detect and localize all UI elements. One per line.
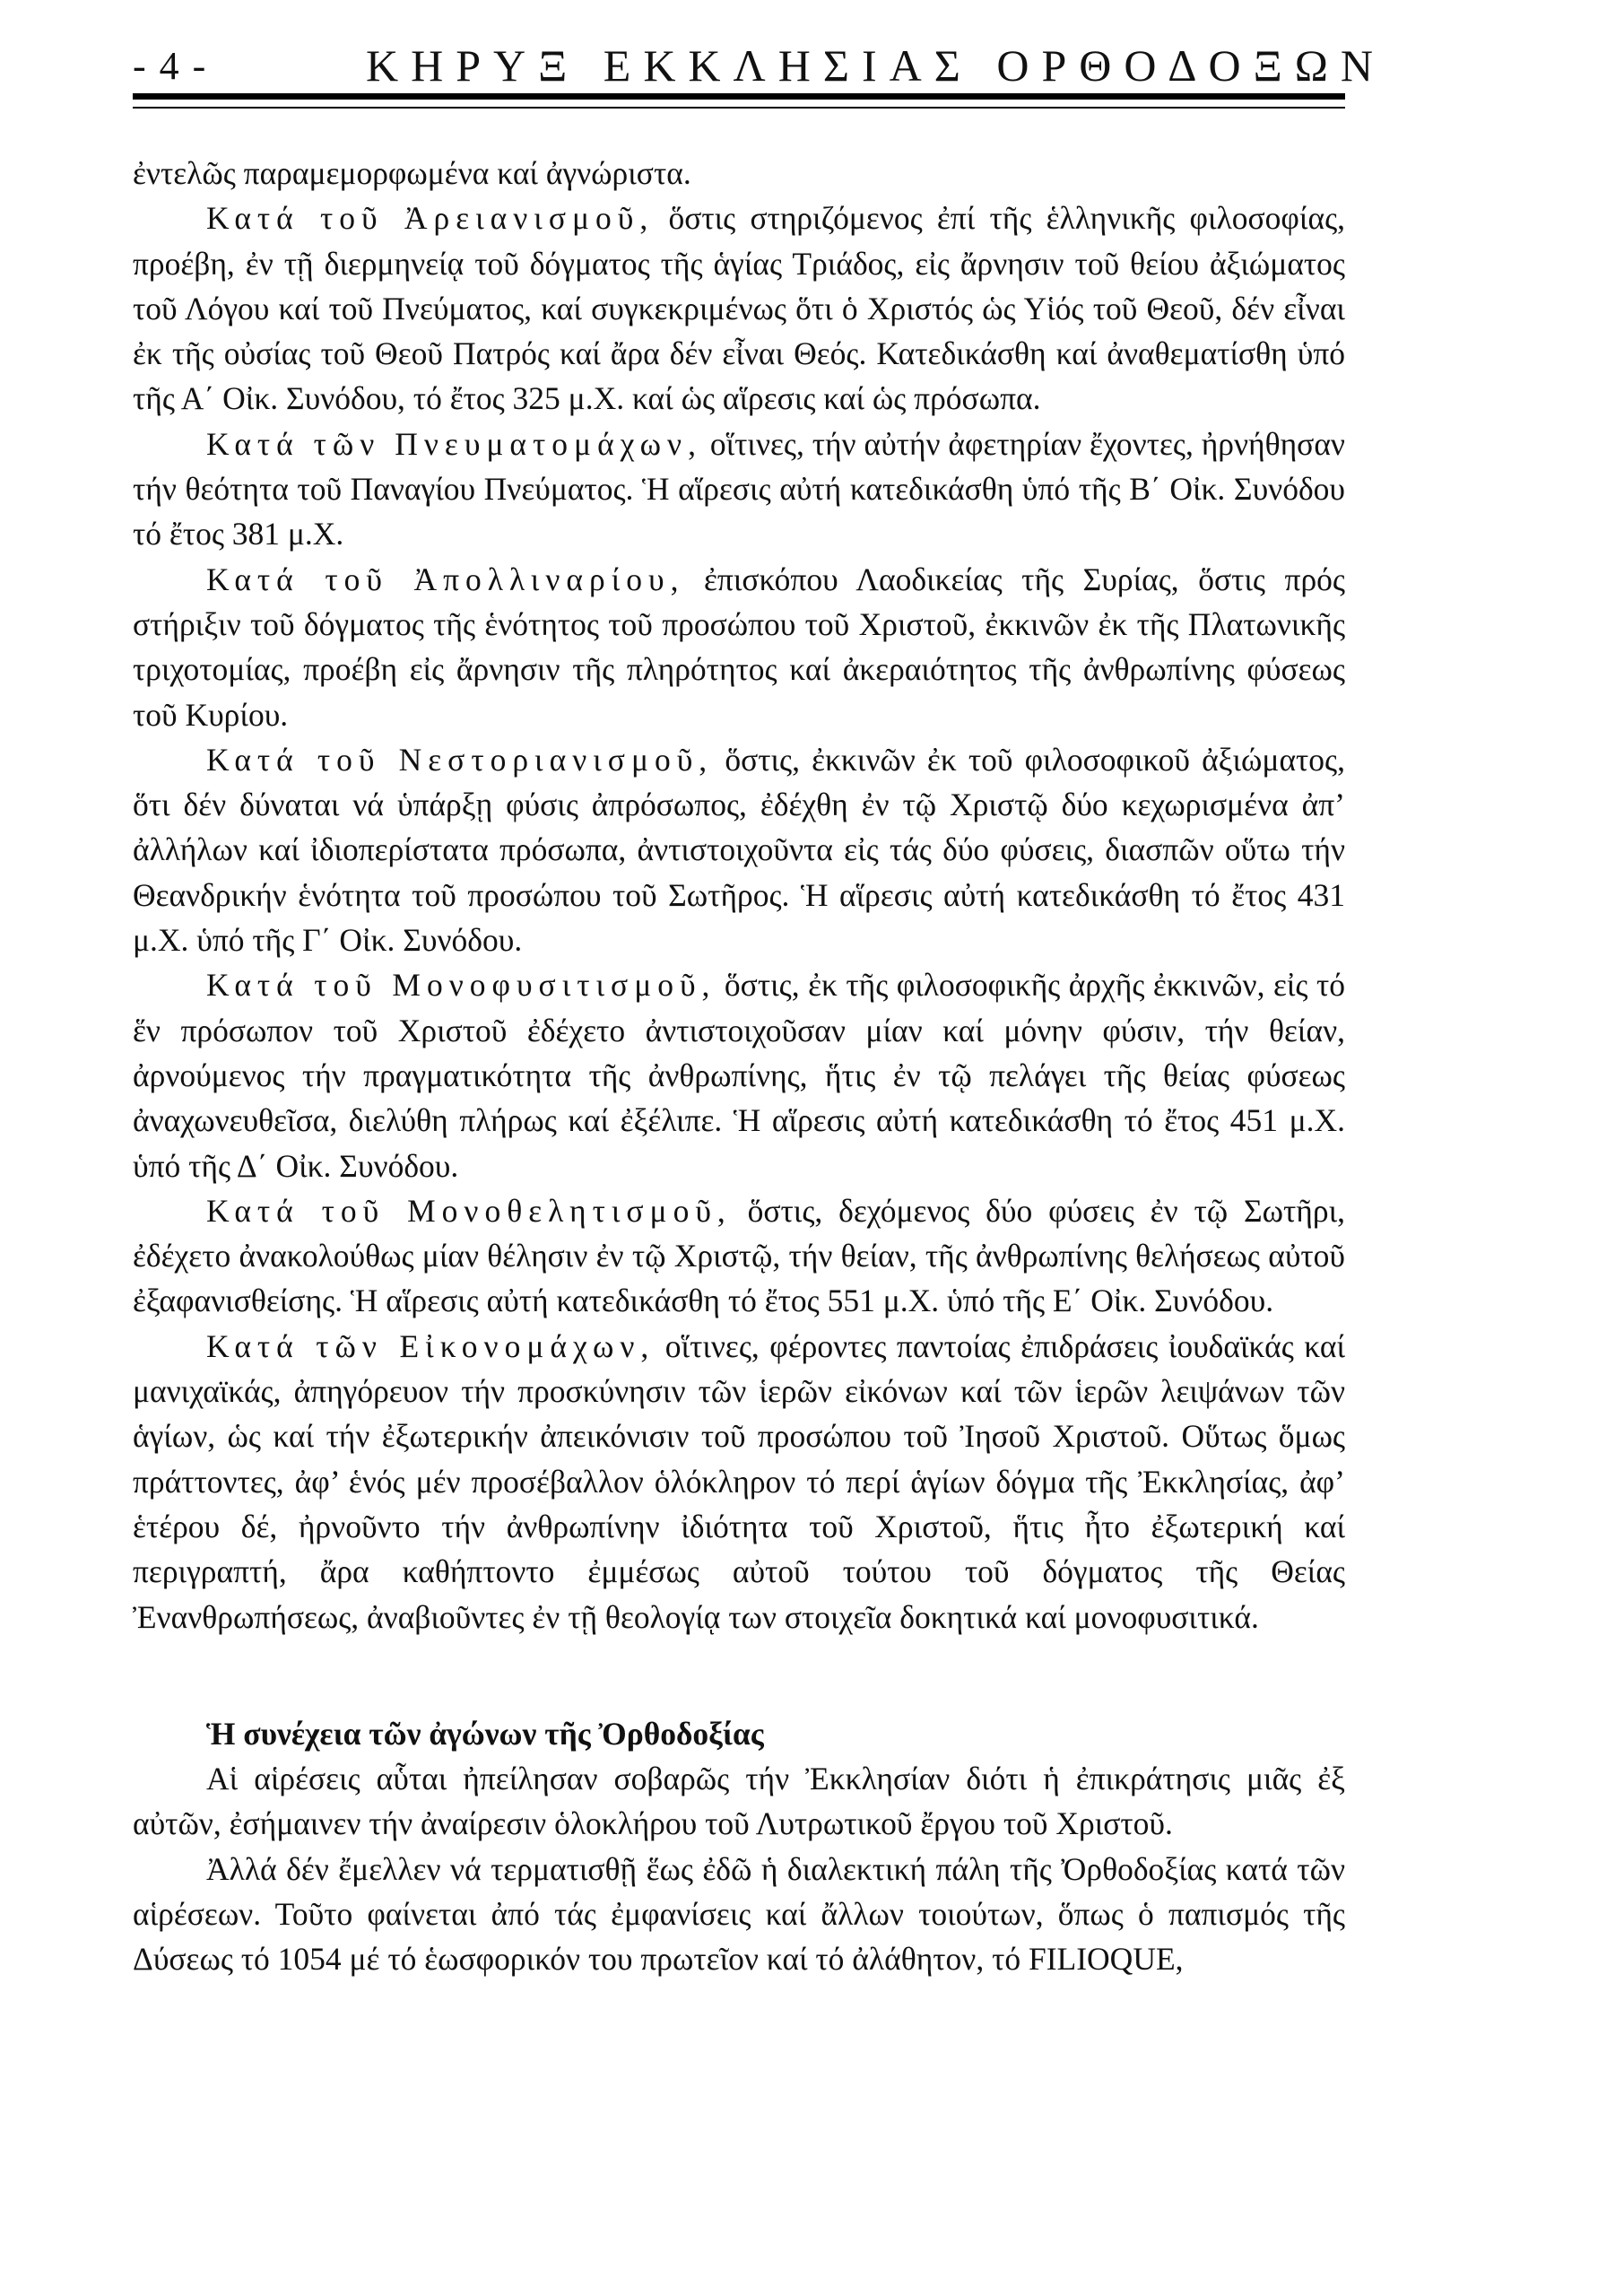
paragraph-lead: Κατά τοῦ Ἀρειανισμοῦ, bbox=[206, 200, 654, 236]
paragraph-lead: Κατά τοῦ Ἀπολλιναρίου, bbox=[206, 561, 684, 597]
paragraph-apollinarius: Κατά τοῦ Ἀπολλιναρίου, ἐπισκόπου Λαοδικε… bbox=[133, 557, 1345, 737]
document-page: - 4 - ΚΗΡΥΞ ΕΚΚΛΗΣΙΑΣ ΟΡΘΟΔΟΞΩΝ ἐντελῶς … bbox=[0, 0, 1624, 2296]
paragraph-lead: Κατά τῶν Εἰκονομάχων, bbox=[206, 1328, 655, 1364]
page-number: - 4 - bbox=[133, 43, 207, 89]
paragraph-lead: Κατά τοῦ Νεστοριανισμοῦ, bbox=[206, 742, 713, 778]
paragraph: ἐντελῶς παραμεμορφωμένα καί ἀγνώριστα. bbox=[133, 151, 1345, 196]
paragraph-monophysitism: Κατά τοῦ Μονοφυσιτισμοῦ, ὅστις, ἐκ τῆς φ… bbox=[133, 962, 1345, 1187]
paragraph-iconoclasts: Κατά τῶν Εἰκονομάχων, οἵτινες, φέροντες … bbox=[133, 1324, 1345, 1639]
body-text: ἐντελῶς παραμεμορφωμένα καί ἀγνώριστα. Κ… bbox=[133, 151, 1345, 1982]
section-heading: Ἡ συνέχεια τῶν ἀγώνων τῆς Ὀρθοδοξίας bbox=[133, 1711, 1345, 1756]
paragraph-lead: Κατά τοῦ Μονοφυσιτισμοῦ, bbox=[206, 967, 716, 1003]
paragraph-lead: Κατά τῶν Πνευματομάχων, bbox=[206, 426, 702, 462]
paragraph-nestorianism: Κατά τοῦ Νεστοριανισμοῦ, ὅστις, ἐκκινῶν … bbox=[133, 737, 1345, 962]
header-rule-thin bbox=[133, 107, 1345, 109]
running-title: ΚΗΡΥΞ ΕΚΚΛΗΣΙΑΣ ΟΡΘΟΔΟΞΩΝ bbox=[366, 39, 1385, 91]
header-rule-thick bbox=[133, 93, 1345, 100]
paragraph-pneumatomachi: Κατά τῶν Πνευματομάχων, οἵτινες, τήν αὐτ… bbox=[133, 422, 1345, 557]
paragraph-monothelitism: Κατά τοῦ Μονοθελητισμοῦ, ὅστις, δεχόμενο… bbox=[133, 1188, 1345, 1324]
paragraph-arianism: Κατά τοῦ Ἀρειανισμοῦ, ὅστις στηριζόμενος… bbox=[133, 196, 1345, 421]
section-paragraph: Αἱ αἱρέσεις αὗται ἠπείλησαν σοβαρῶς τήν … bbox=[133, 1756, 1345, 1847]
section-paragraph: Ἀλλά δέν ἔμελλεν νά τερματισθῇ ἕως ἐδῶ ἡ… bbox=[133, 1847, 1345, 1982]
paragraph-lead: Κατά τοῦ Μονοθελητισμοῦ, bbox=[206, 1193, 732, 1229]
